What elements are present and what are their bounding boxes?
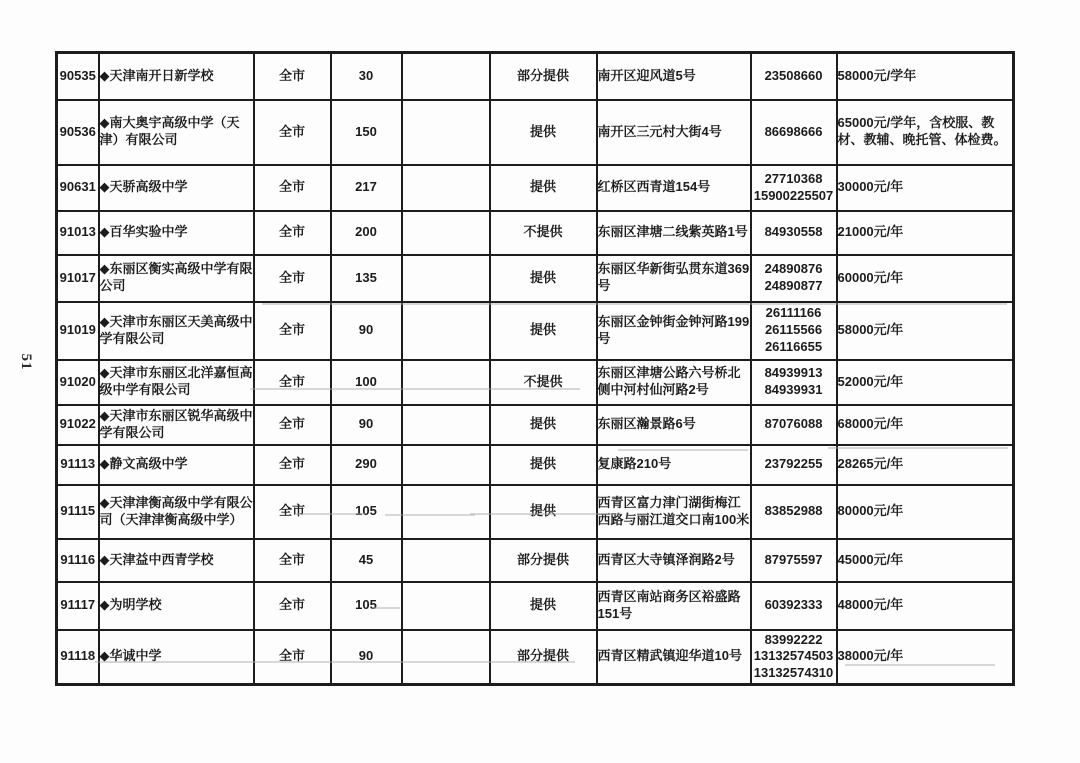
cell-enroll-scope: 全市 bbox=[254, 255, 331, 302]
cell-school-name: ◆华诚中学 bbox=[99, 630, 254, 685]
table-row: 91020 ◆天津市东丽区北洋嘉恒高级中学有限公司 全市 100 不提供 东丽区… bbox=[57, 360, 1014, 405]
cell-school-code: 90535 bbox=[57, 53, 99, 100]
cell-blank bbox=[402, 211, 490, 255]
cell-address: 西青区南站商务区裕盛路151号 bbox=[597, 582, 751, 630]
cell-fee: 58000元/年 bbox=[837, 302, 1014, 360]
table-row: 91118 ◆华诚中学 全市 90 部分提供 西青区精武镇迎华道10号 8399… bbox=[57, 630, 1014, 685]
cell-school-code: 91022 bbox=[57, 405, 99, 445]
cell-blank bbox=[402, 100, 490, 165]
cell-blank bbox=[402, 302, 490, 360]
table-row: 90535 ◆天津南开日新学校 全市 30 部分提供 南开区迎风道5号 2350… bbox=[57, 53, 1014, 100]
cell-school-code: 91020 bbox=[57, 360, 99, 405]
cell-phone: 83992222 13132574503 13132574310 bbox=[751, 630, 837, 685]
cell-phone: 26111166 26115566 26116655 bbox=[751, 302, 837, 360]
table-row: 91113 ◆静文高级中学 全市 290 提供 复康路210号 23792255… bbox=[57, 445, 1014, 485]
cell-enroll-quota: 200 bbox=[331, 211, 402, 255]
cell-phone: 84930558 bbox=[751, 211, 837, 255]
table-row: 90631 ◆天骄高级中学 全市 217 提供 红桥区西青道154号 27710… bbox=[57, 165, 1014, 211]
cell-meal-status: 提供 bbox=[490, 255, 597, 302]
cell-enroll-scope: 全市 bbox=[254, 53, 331, 100]
cell-enroll-quota: 45 bbox=[331, 539, 402, 582]
cell-address: 东丽区津塘公路六号桥北侧中河村仙河路2号 bbox=[597, 360, 751, 405]
cell-fee: 48000元/年 bbox=[837, 582, 1014, 630]
cell-address: 复康路210号 bbox=[597, 445, 751, 485]
cell-meal-status: 不提供 bbox=[490, 211, 597, 255]
cell-school-code: 91117 bbox=[57, 582, 99, 630]
page-number: 51 bbox=[6, 346, 34, 378]
cell-school-name: ◆百华实验中学 bbox=[99, 211, 254, 255]
cell-fee: 28265元/年 bbox=[837, 445, 1014, 485]
cell-enroll-scope: 全市 bbox=[254, 302, 331, 360]
cell-address: 南开区迎风道5号 bbox=[597, 53, 751, 100]
cell-phone: 24890876 24890877 bbox=[751, 255, 837, 302]
cell-blank bbox=[402, 360, 490, 405]
cell-fee: 68000元/年 bbox=[837, 405, 1014, 445]
cell-fee: 52000元/年 bbox=[837, 360, 1014, 405]
cell-fee: 30000元/年 bbox=[837, 165, 1014, 211]
cell-meal-status: 提供 bbox=[490, 100, 597, 165]
cell-school-code: 90536 bbox=[57, 100, 99, 165]
cell-enroll-quota: 100 bbox=[331, 360, 402, 405]
table-row: 91116 ◆天津益中西青学校 全市 45 部分提供 西青区大寺镇泽润路2号 8… bbox=[57, 539, 1014, 582]
cell-blank bbox=[402, 255, 490, 302]
cell-school-code: 91013 bbox=[57, 211, 99, 255]
school-info-table: 90535 ◆天津南开日新学校 全市 30 部分提供 南开区迎风道5号 2350… bbox=[55, 51, 1015, 686]
cell-meal-status: 提供 bbox=[490, 485, 597, 539]
cell-enroll-scope: 全市 bbox=[254, 360, 331, 405]
cell-enroll-scope: 全市 bbox=[254, 630, 331, 685]
cell-meal-status: 部分提供 bbox=[490, 630, 597, 685]
cell-enroll-quota: 90 bbox=[331, 630, 402, 685]
cell-meal-status: 部分提供 bbox=[490, 539, 597, 582]
cell-school-code: 91115 bbox=[57, 485, 99, 539]
cell-address: 红桥区西青道154号 bbox=[597, 165, 751, 211]
cell-enroll-quota: 105 bbox=[331, 485, 402, 539]
cell-blank bbox=[402, 405, 490, 445]
cell-meal-status: 提供 bbox=[490, 165, 597, 211]
cell-meal-status: 提供 bbox=[490, 405, 597, 445]
cell-fee: 58000元/学年 bbox=[837, 53, 1014, 100]
cell-blank bbox=[402, 539, 490, 582]
cell-meal-status: 不提供 bbox=[490, 360, 597, 405]
cell-meal-status: 提供 bbox=[490, 445, 597, 485]
cell-phone: 27710368 15900225507 bbox=[751, 165, 837, 211]
cell-address: 南开区三元村大街4号 bbox=[597, 100, 751, 165]
cell-meal-status: 部分提供 bbox=[490, 53, 597, 100]
cell-fee: 38000元/年 bbox=[837, 630, 1014, 685]
cell-fee: 60000元/年 bbox=[837, 255, 1014, 302]
cell-enroll-scope: 全市 bbox=[254, 582, 331, 630]
cell-phone: 83852988 bbox=[751, 485, 837, 539]
cell-phone: 84939913 84939931 bbox=[751, 360, 837, 405]
cell-enroll-scope: 全市 bbox=[254, 165, 331, 211]
cell-meal-status: 提供 bbox=[490, 302, 597, 360]
cell-blank bbox=[402, 165, 490, 211]
cell-school-name: ◆静文高级中学 bbox=[99, 445, 254, 485]
cell-enroll-scope: 全市 bbox=[254, 100, 331, 165]
cell-enroll-quota: 217 bbox=[331, 165, 402, 211]
cell-school-name: ◆南大奥宇高级中学（天津）有限公司 bbox=[99, 100, 254, 165]
cell-school-code: 91113 bbox=[57, 445, 99, 485]
cell-phone: 86698666 bbox=[751, 100, 837, 165]
table-row: 91117 ◆为明学校 全市 105 提供 西青区南站商务区裕盛路151号 60… bbox=[57, 582, 1014, 630]
cell-address: 西青区精武镇迎华道10号 bbox=[597, 630, 751, 685]
cell-enroll-quota: 150 bbox=[331, 100, 402, 165]
cell-phone: 60392333 bbox=[751, 582, 837, 630]
cell-phone: 23508660 bbox=[751, 53, 837, 100]
cell-blank bbox=[402, 630, 490, 685]
cell-enroll-quota: 90 bbox=[331, 302, 402, 360]
cell-school-name: ◆天津市东丽区北洋嘉恒高级中学有限公司 bbox=[99, 360, 254, 405]
cell-enroll-scope: 全市 bbox=[254, 405, 331, 445]
cell-address: 西青区大寺镇泽润路2号 bbox=[597, 539, 751, 582]
cell-blank bbox=[402, 53, 490, 100]
cell-blank bbox=[402, 485, 490, 539]
cell-blank bbox=[402, 582, 490, 630]
cell-school-name: ◆天骄高级中学 bbox=[99, 165, 254, 211]
table-row: 91022 ◆天津市东丽区锐华高级中学有限公司 全市 90 提供 东丽区瀚景路6… bbox=[57, 405, 1014, 445]
cell-enroll-quota: 30 bbox=[331, 53, 402, 100]
cell-school-code: 91017 bbox=[57, 255, 99, 302]
cell-phone: 23792255 bbox=[751, 445, 837, 485]
cell-fee: 45000元/年 bbox=[837, 539, 1014, 582]
cell-school-name: ◆东丽区衡实高级中学有限公司 bbox=[99, 255, 254, 302]
cell-school-name: ◆天津南开日新学校 bbox=[99, 53, 254, 100]
cell-school-code: 90631 bbox=[57, 165, 99, 211]
cell-school-name: ◆天津津衡高级中学有限公司（天津津衡高级中学） bbox=[99, 485, 254, 539]
table-row: 91115 ◆天津津衡高级中学有限公司（天津津衡高级中学） 全市 105 提供 … bbox=[57, 485, 1014, 539]
cell-meal-status: 提供 bbox=[490, 582, 597, 630]
cell-school-code: 91019 bbox=[57, 302, 99, 360]
cell-address: 东丽区华新街弘贯东道369号 bbox=[597, 255, 751, 302]
cell-enroll-quota: 290 bbox=[331, 445, 402, 485]
table-row: 91019 ◆天津市东丽区天美高级中学有限公司 全市 90 提供 东丽区金钟街金… bbox=[57, 302, 1014, 360]
cell-school-name: ◆为明学校 bbox=[99, 582, 254, 630]
scanned-document-page: { "page_number": "51", "colors": { "ink"… bbox=[0, 0, 1080, 763]
cell-school-name: ◆天津市东丽区天美高级中学有限公司 bbox=[99, 302, 254, 360]
cell-school-name: ◆天津市东丽区锐华高级中学有限公司 bbox=[99, 405, 254, 445]
cell-enroll-scope: 全市 bbox=[254, 445, 331, 485]
cell-fee: 80000元/年 bbox=[837, 485, 1014, 539]
cell-fee: 65000元/学年，含校服、教材、教辅、晚托管、体检费。 bbox=[837, 100, 1014, 165]
cell-enroll-scope: 全市 bbox=[254, 539, 331, 582]
table-row: 90536 ◆南大奥宇高级中学（天津）有限公司 全市 150 提供 南开区三元村… bbox=[57, 100, 1014, 165]
cell-blank bbox=[402, 445, 490, 485]
cell-school-name: ◆天津益中西青学校 bbox=[99, 539, 254, 582]
cell-school-code: 91118 bbox=[57, 630, 99, 685]
cell-school-code: 91116 bbox=[57, 539, 99, 582]
cell-enroll-quota: 90 bbox=[331, 405, 402, 445]
cell-address: 西青区富力津门湖街梅江西路与丽江道交口南100米 bbox=[597, 485, 751, 539]
cell-phone: 87076088 bbox=[751, 405, 837, 445]
table-row: 91013 ◆百华实验中学 全市 200 不提供 东丽区津塘二线紫英路1号 84… bbox=[57, 211, 1014, 255]
cell-enroll-quota: 105 bbox=[331, 582, 402, 630]
cell-address: 东丽区津塘二线紫英路1号 bbox=[597, 211, 751, 255]
cell-address: 东丽区瀚景路6号 bbox=[597, 405, 751, 445]
cell-phone: 87975597 bbox=[751, 539, 837, 582]
cell-address: 东丽区金钟街金钟河路199号 bbox=[597, 302, 751, 360]
school-table-body: 90535 ◆天津南开日新学校 全市 30 部分提供 南开区迎风道5号 2350… bbox=[57, 53, 1014, 685]
cell-fee: 21000元/年 bbox=[837, 211, 1014, 255]
table-row: 91017 ◆东丽区衡实高级中学有限公司 全市 135 提供 东丽区华新街弘贯东… bbox=[57, 255, 1014, 302]
cell-enroll-scope: 全市 bbox=[254, 485, 331, 539]
cell-enroll-scope: 全市 bbox=[254, 211, 331, 255]
cell-enroll-quota: 135 bbox=[331, 255, 402, 302]
